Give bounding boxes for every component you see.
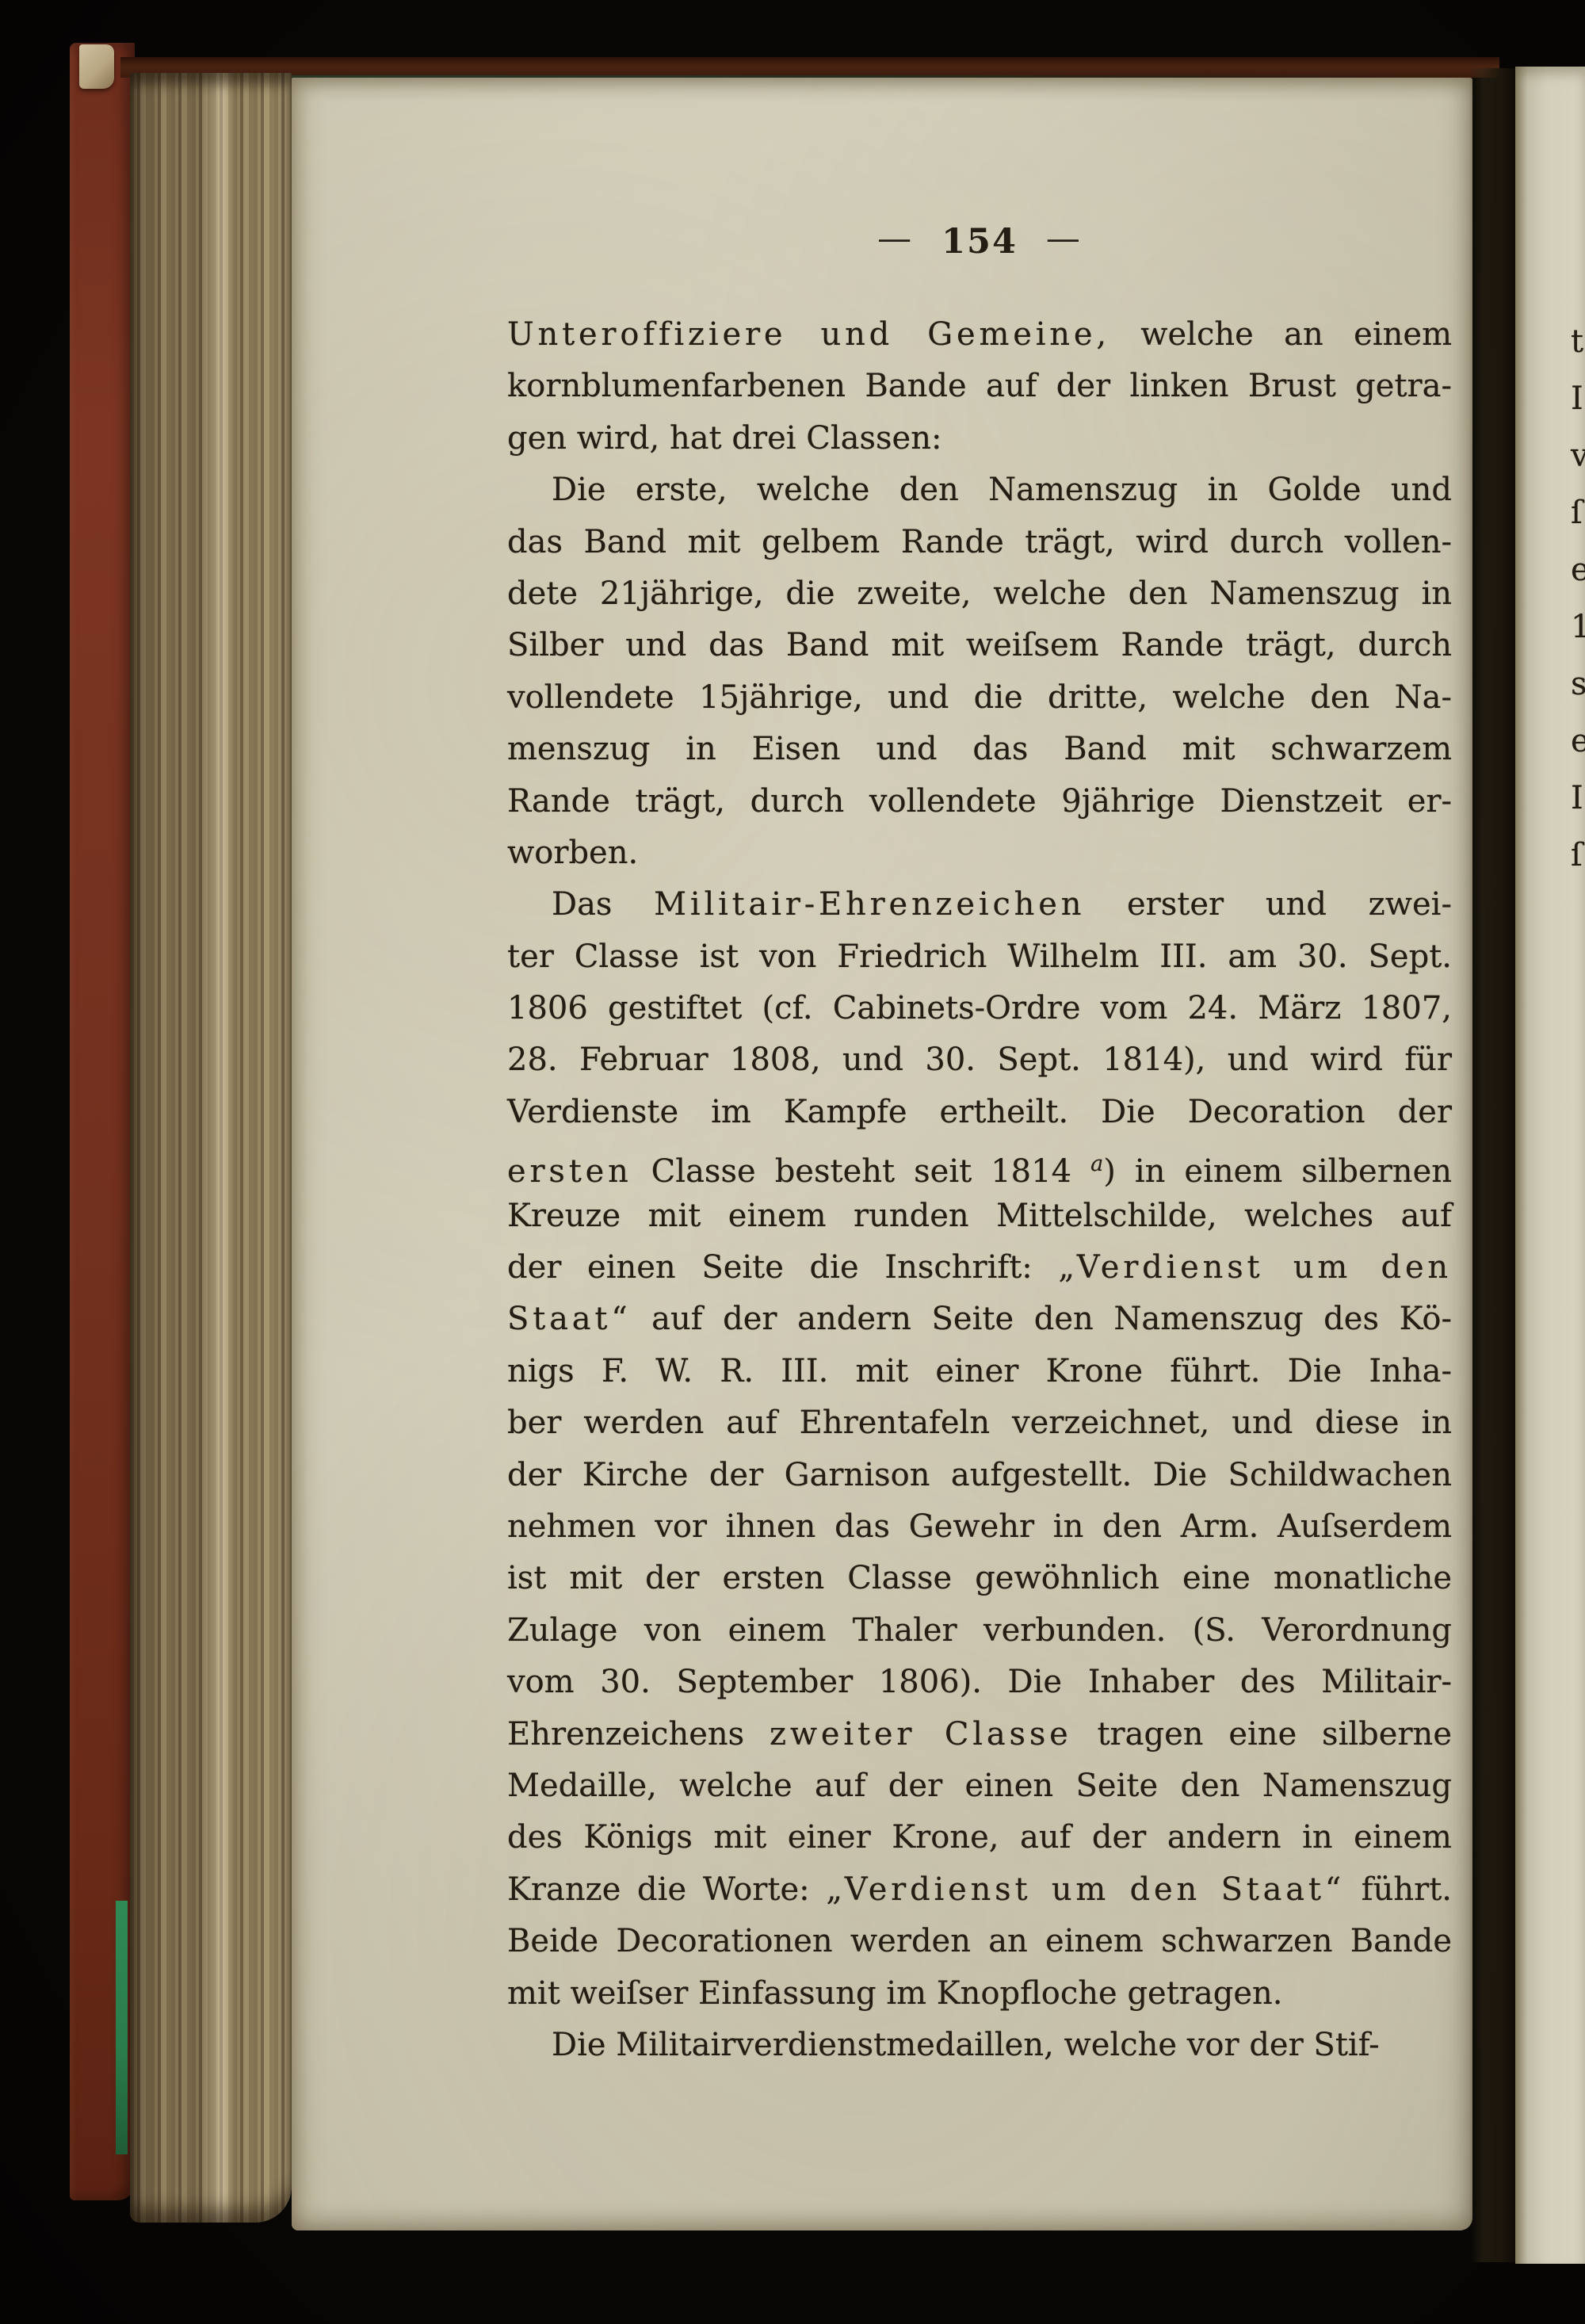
- text-line: vollendete 15jährige, und die dritte, we…: [507, 672, 1452, 724]
- text-segment: „Verdienst um den Staat“: [826, 1871, 1345, 1908]
- text-line: Die erste, welche den Namenszug in Golde…: [507, 464, 1452, 516]
- page-number-value: 154: [941, 222, 1018, 262]
- text-line: der einen Seite die Inschrift: „Verdiens…: [507, 1242, 1452, 1294]
- text-line: Zulage von einem Thaler verbunden. (S. V…: [507, 1605, 1452, 1657]
- text-segment: Ehrenzeichens: [507, 1716, 770, 1753]
- text-segment: Zulage von einem Thaler verbunden. (S. V…: [507, 1612, 1452, 1649]
- text-line: ter Classe ist von Friedrich Wilhelm III…: [507, 931, 1452, 983]
- text-line: Silber und das Band mit weiſsem Rande tr…: [507, 620, 1452, 671]
- text-line: des Königs mit einer Krone, auf der ande…: [507, 1812, 1452, 1863]
- text-segment: zweiter Classe: [770, 1716, 1072, 1753]
- text-segment: Die erste, welche den Namenszug in Golde…: [552, 472, 1452, 508]
- page-number: —154—: [507, 222, 1452, 262]
- text-segment: ber werden auf Ehrentafeln verzeichnet, …: [507, 1405, 1452, 1441]
- text-line: ber werden auf Ehrentafeln verzeichnet, …: [507, 1397, 1452, 1449]
- text-line: Medaille, welche auf der einen Seite den…: [507, 1760, 1452, 1812]
- text-line: nigs F. W. R. III. mit einer Krone führt…: [507, 1346, 1452, 1397]
- text-line: das Band mit gelbem Rande trägt, wird du…: [507, 517, 1452, 568]
- text-segment: „Verdienst um den: [1058, 1249, 1452, 1286]
- text-block: Unteroffiziere und Gemeine, welche an ei…: [507, 309, 1452, 2071]
- text-segment: Silber und das Band mit weiſsem Rande tr…: [507, 627, 1452, 663]
- text-line: vom 30. September 1806). Die Inhaber des…: [507, 1657, 1452, 1708]
- gutter-shadow: [1469, 68, 1517, 2262]
- text-segment: das Band mit gelbem Rande trägt, wird du…: [507, 524, 1452, 560]
- text-segment: a: [1090, 1152, 1103, 1176]
- text-segment: der Kirche der Garnison aufgestellt. Die…: [507, 1457, 1452, 1493]
- page-number-right-dash: —: [1046, 219, 1082, 258]
- text-line: Kreuze mit einem runden Mittelschilde, w…: [507, 1191, 1452, 1242]
- text-segment: Die Militairverdienstmedaillen, welche v…: [552, 2027, 1380, 2063]
- text-line: mit weiſser Einfassung im Knopfloche get…: [507, 1968, 1452, 2020]
- text-segment: Militair-Ehrenzeichen: [654, 886, 1085, 923]
- text-segment: nehmen vor ihnen das Gewehr in den Arm. …: [507, 1508, 1452, 1545]
- facing-page-text-fragment: ſ: [1571, 495, 1585, 531]
- text-segment: Verdienste im Kampfe ertheilt. Die Decor…: [507, 1094, 1452, 1130]
- text-line: Die Militairverdienstmedaillen, welche v…: [507, 2020, 1452, 2071]
- facing-page-text-fragment: e: [1571, 723, 1585, 759]
- book-page: —154— Unteroffiziere und Gemeine, welche…: [292, 78, 1472, 2230]
- text-segment: dete 21jährige, die zweite, welche den N…: [507, 575, 1452, 612]
- text-segment: erster und zwei-: [1085, 886, 1452, 923]
- text-segment: ) in einem silbernen: [1103, 1153, 1452, 1190]
- text-segment: Staat“: [507, 1301, 632, 1337]
- text-segment: ist mit der ersten Classe gewöhnlich ein…: [507, 1560, 1452, 1596]
- text-segment: auf der andern Seite den Namenszug des K…: [632, 1301, 1453, 1337]
- text-segment: tragen eine silberne: [1072, 1716, 1452, 1753]
- text-segment: Beide Decorationen werden an einem schwa…: [507, 1923, 1452, 1959]
- text-segment: des Königs mit einer Krone, auf der ande…: [507, 1819, 1452, 1856]
- text-segment: gen wird, hat drei Classen:: [507, 420, 941, 457]
- cover-corner-damage: [79, 44, 114, 89]
- text-line: Rande trägt, durch vollendete 9jährige D…: [507, 776, 1452, 828]
- facing-page-text-fragment: e: [1571, 552, 1585, 588]
- text-segment: menszug in Eisen und das Band mit schwar…: [507, 731, 1452, 767]
- text-segment: worben.: [507, 835, 638, 871]
- text-segment: kornblumenfarbenen Bande auf der linken …: [507, 368, 1452, 404]
- text-segment: mit weiſser Einfassung im Knopfloche get…: [507, 1975, 1283, 2012]
- text-segment: der einen Seite die Inschrift:: [507, 1249, 1058, 1286]
- text-segment: nigs F. W. R. III. mit einer Krone führt…: [507, 1353, 1452, 1389]
- facing-page-text-fragment: 1: [1571, 609, 1585, 645]
- text-segment: ersten: [507, 1153, 632, 1190]
- facing-page-text-fragment: t: [1571, 323, 1585, 360]
- text-segment: Classe besteht seit 1814: [632, 1153, 1090, 1190]
- text-line: ersten Classe besteht seit 1814 a) in ei…: [507, 1138, 1452, 1190]
- text-line: Beide Decorationen werden an einem schwa…: [507, 1916, 1452, 1967]
- text-line: Das Militair-Ehrenzeichen erster und zwe…: [507, 879, 1452, 931]
- book-cover-spine: [70, 43, 135, 2200]
- facing-page-text-fragment: I: [1571, 780, 1585, 816]
- green-board-edge: [116, 1901, 128, 2154]
- text-segment: 28. Februar 1808, und 30. Sept. 1814), u…: [507, 1042, 1452, 1078]
- text-segment: vom 30. September 1806). Die Inhaber des…: [507, 1664, 1452, 1700]
- text-line: menszug in Eisen und das Band mit schwar…: [507, 724, 1452, 775]
- fore-edge-page-stack: [130, 73, 292, 2223]
- text-segment: Unteroffiziere und Gemeine,: [507, 316, 1110, 353]
- facing-page-text-fragment: s: [1571, 666, 1585, 702]
- text-line: kornblumenfarbenen Bande auf der linken …: [507, 361, 1452, 412]
- text-segment: vollendete 15jährige, und die dritte, we…: [507, 679, 1452, 716]
- text-line: Staat“ auf der andern Seite den Namenszu…: [507, 1294, 1452, 1345]
- text-line: nehmen vor ihnen das Gewehr in den Arm. …: [507, 1501, 1452, 1553]
- facing-page-text-fragment: ſ: [1571, 837, 1585, 873]
- text-segment: führt.: [1345, 1871, 1452, 1908]
- text-line: Ehrenzeichens zweiter Classe tragen eine…: [507, 1709, 1452, 1760]
- text-line: der Kirche der Garnison aufgestellt. Die…: [507, 1450, 1452, 1501]
- text-segment: welche an einem: [1110, 316, 1452, 353]
- text-line: gen wird, hat drei Classen:: [507, 413, 1452, 464]
- text-line: Kranze die Worte: „Verdienst um den Staa…: [507, 1864, 1452, 1916]
- text-segment: Kranze die Worte:: [507, 1871, 826, 1908]
- text-line: dete 21jährige, die zweite, welche den N…: [507, 568, 1452, 620]
- text-line: ist mit der ersten Classe gewöhnlich ein…: [507, 1553, 1452, 1604]
- text-line: 28. Februar 1808, und 30. Sept. 1814), u…: [507, 1034, 1452, 1086]
- facing-page-sliver: tIvſe1seIſ: [1515, 67, 1585, 2264]
- text-segment: 1806 gestiftet (cf. Cabinets-Ordre vom 2…: [507, 990, 1452, 1026]
- book-scan: —154— Unteroffiziere und Gemeine, welche…: [0, 0, 1585, 2324]
- text-line: worben.: [507, 828, 1452, 879]
- text-line: 1806 gestiftet (cf. Cabinets-Ordre vom 2…: [507, 983, 1452, 1034]
- text-segment: Das: [552, 886, 654, 923]
- text-segment: Rande trägt, durch vollendete 9jährige D…: [507, 783, 1452, 820]
- text-line: Unteroffiziere und Gemeine, welche an ei…: [507, 309, 1452, 361]
- text-segment: Kreuze mit einem runden Mittelschilde, w…: [507, 1198, 1452, 1234]
- text-segment: Medaille, welche auf der einen Seite den…: [507, 1768, 1452, 1804]
- text-line: Verdienste im Kampfe ertheilt. Die Decor…: [507, 1087, 1452, 1138]
- facing-page-text-fragment: I: [1571, 380, 1585, 417]
- facing-page-text-fragment: v: [1571, 438, 1585, 474]
- text-segment: ter Classe ist von Friedrich Wilhelm III…: [507, 938, 1452, 975]
- page-number-left-dash: —: [877, 219, 913, 258]
